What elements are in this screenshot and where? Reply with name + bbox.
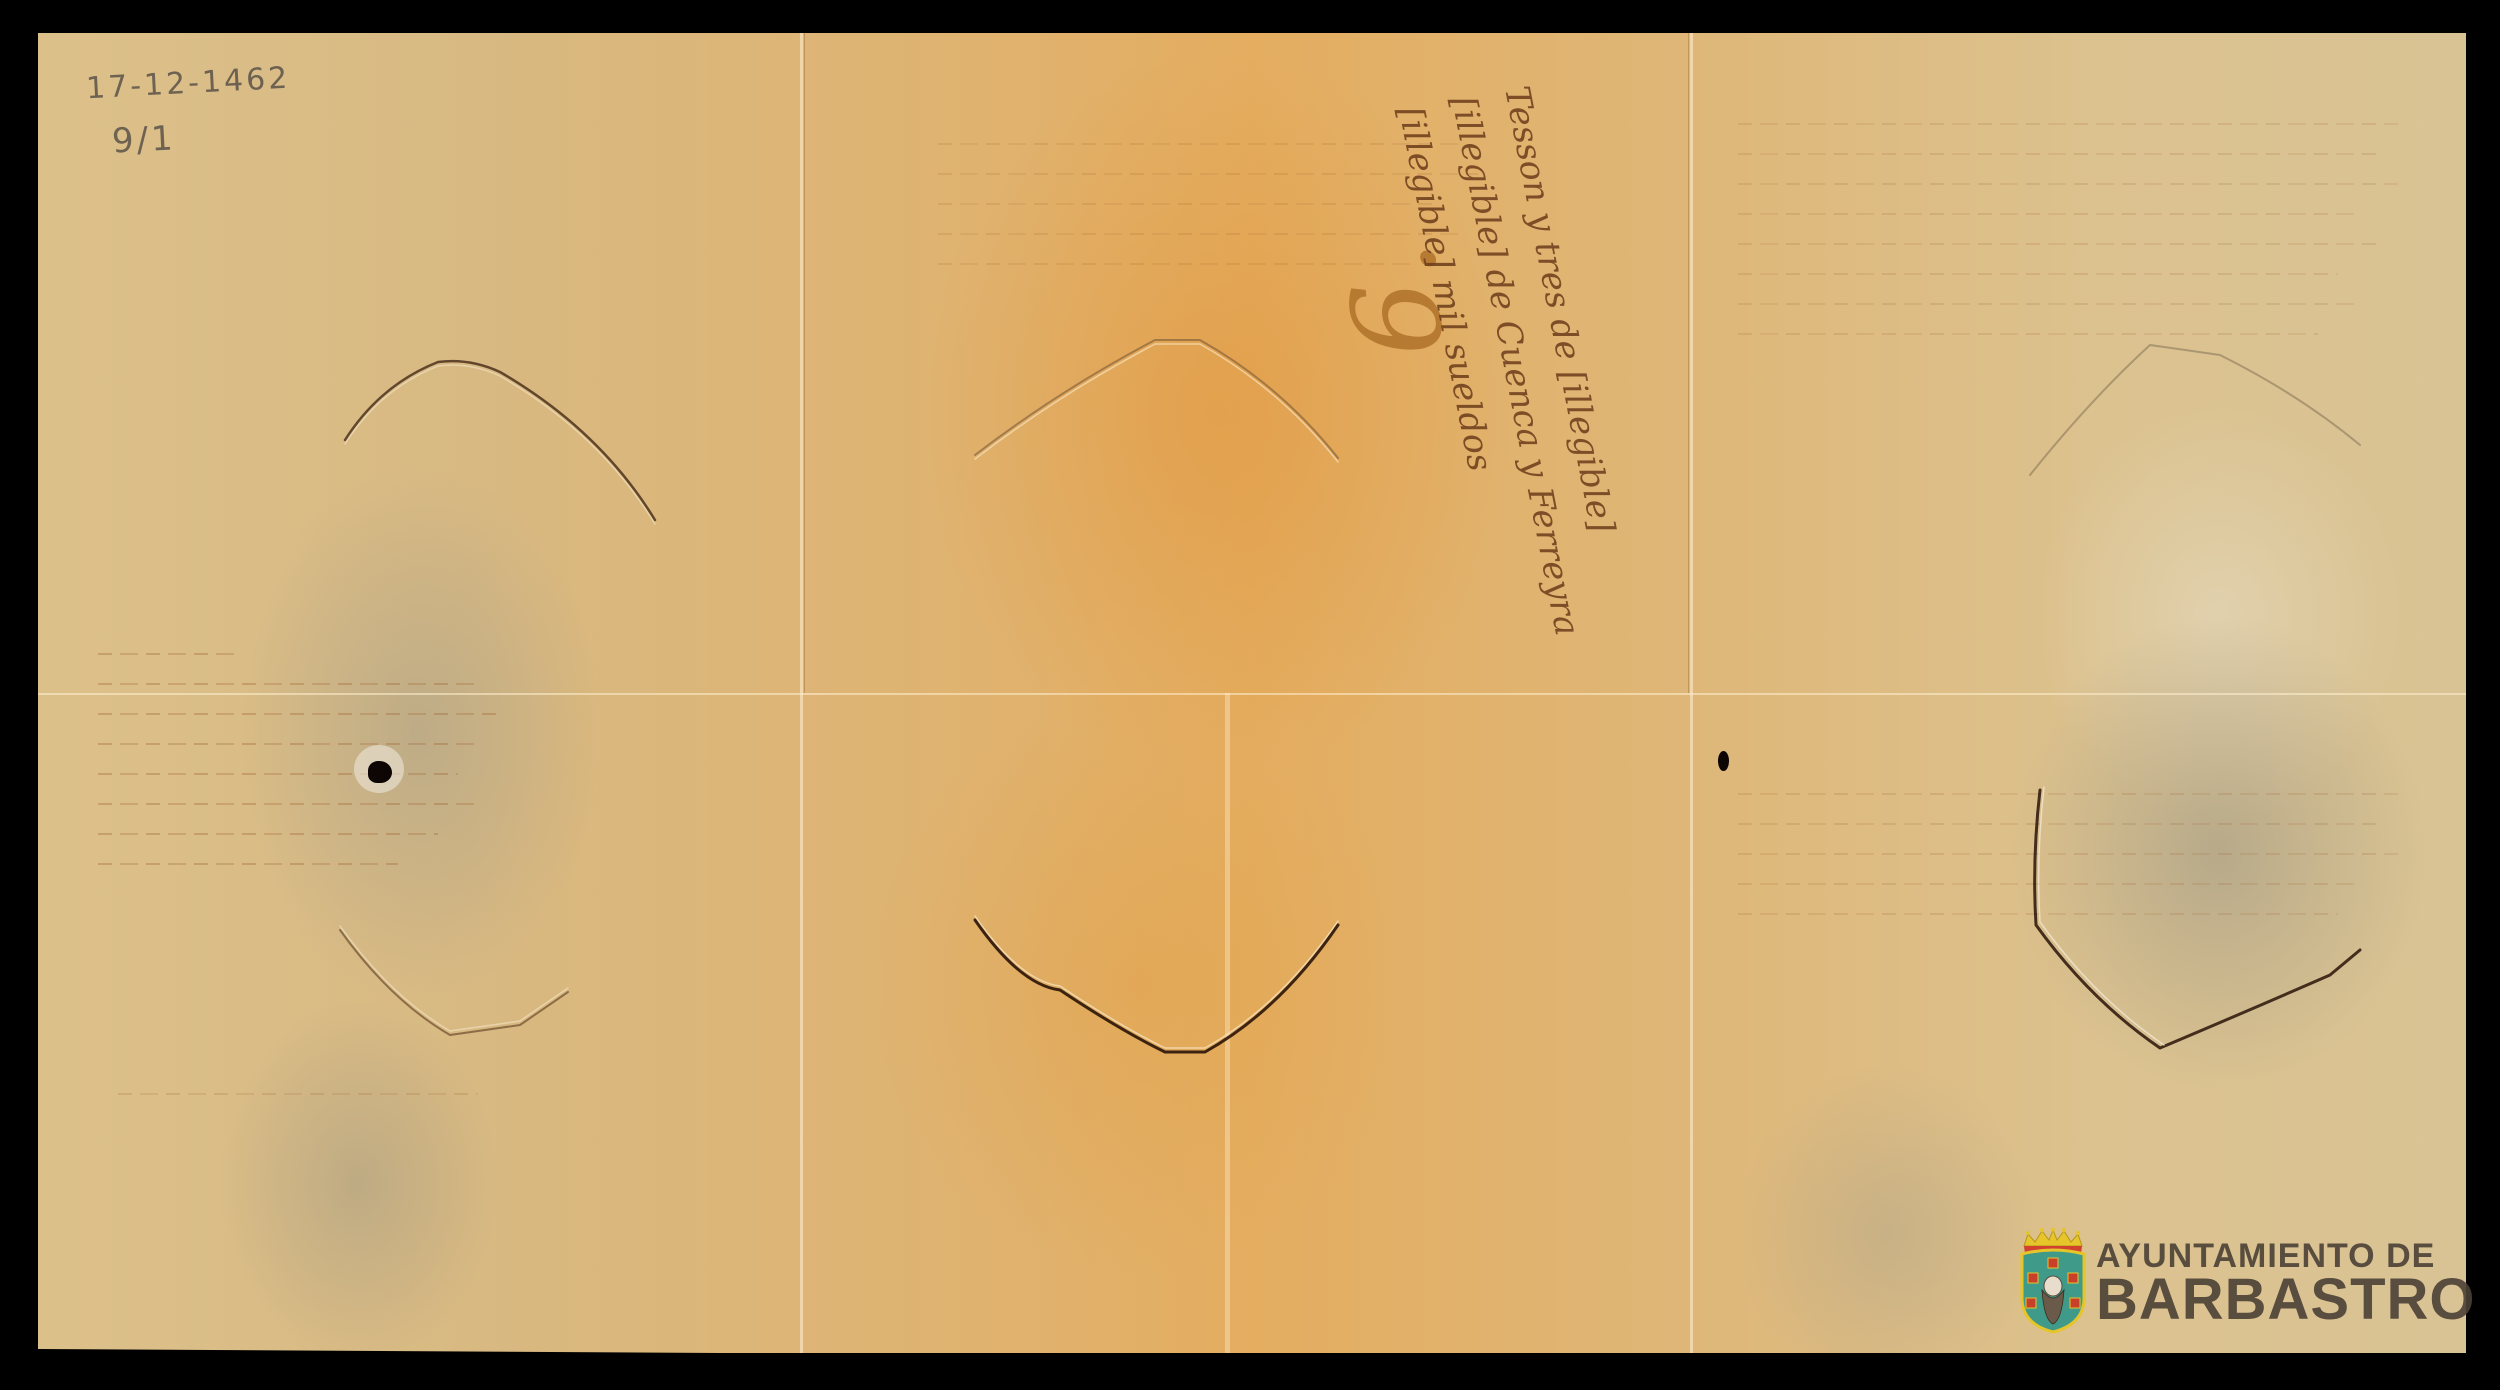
coat-of-arms-shield-icon	[2018, 1228, 2088, 1336]
archival-reference-annotation: 9/1	[111, 118, 177, 161]
bleed-through-text-left-lower	[118, 1093, 478, 1123]
bleed-through-text-right-lower	[1738, 793, 2418, 943]
fold-shadow-right	[1688, 33, 1689, 693]
fold-line-horizontal	[38, 693, 2466, 695]
parchment-sheet	[38, 33, 2466, 1353]
fold-line-vertical-center-lower	[1225, 693, 1230, 1353]
worm-hole-left	[368, 761, 392, 783]
document-viewer: 17-12-1462 9/1 6. Tesson y tres de [ille…	[0, 0, 2500, 1390]
worm-hole-right	[1718, 751, 1729, 771]
watermark-line2: BARBASTRO	[2096, 1266, 2476, 1333]
bleed-through-text-right	[1738, 123, 2418, 363]
ayuntamiento-barbastro-watermark: AYUNTAMIENTO DE BARBASTRO	[2018, 1228, 2438, 1348]
fold-shadow-left	[804, 33, 805, 693]
bleed-through-text-left	[98, 653, 518, 893]
